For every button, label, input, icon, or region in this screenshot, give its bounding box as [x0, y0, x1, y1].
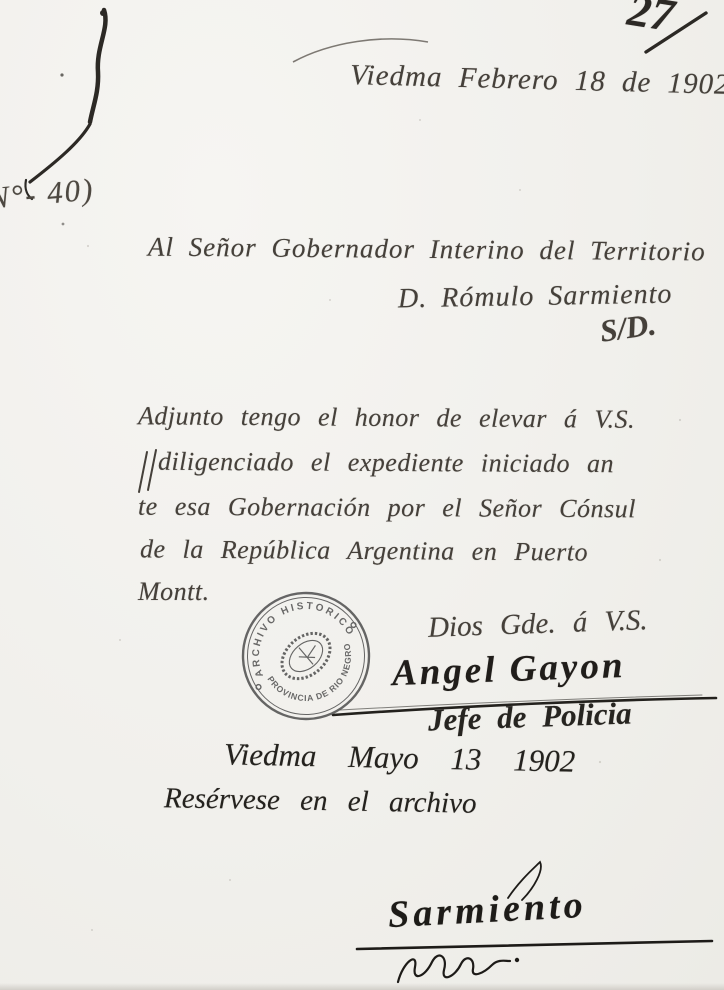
stamp-arc-bottom-text: PROVINCIA DE RIO NEGRO: [265, 640, 368, 718]
valediction: Dios Gde. á V.S.: [427, 604, 648, 645]
document-page: ARCHIVO HISTORICO PROVINCIA DE RIO NEGRO…: [0, 0, 724, 990]
recipient-line-1: Al Señor Gobernador Interino del Territo…: [148, 232, 706, 268]
stamp-center-emblem: [273, 624, 339, 688]
recipient-line-3: S/D.: [598, 306, 658, 349]
body-line-1: Adjunto tengo el honor de elevar á V.S.: [138, 401, 635, 434]
stamp-arc-top-text: ARCHIVO HISTORICO: [233, 583, 357, 679]
rubric-flourish: [398, 956, 519, 982]
margin-number: N°- 40): [0, 171, 96, 216]
svg-text:ARCHIVO HISTORICO: ARCHIVO HISTORICO: [233, 583, 357, 679]
stamp-separator-left: [255, 684, 261, 690]
body-line-4: de la República Argentina en Puerto: [140, 534, 588, 567]
annotation-instruction: Resérvese en el archivo: [164, 782, 477, 820]
signature-angel-gayon: Angel Gayon: [391, 644, 626, 695]
archive-stamp: ARCHIVO HISTORICO PROVINCIA DE RIO NEGRO: [214, 564, 399, 749]
signature-title: Jefe de Policia: [427, 695, 632, 738]
folio-number: 27: [624, 0, 678, 42]
letter-dateline: Viedma Febrero 18 de 1902: [350, 59, 724, 102]
signature-sarmiento: Sarmiento: [387, 883, 588, 937]
body-line-2: diligenciado el expediente iniciado an: [158, 447, 614, 479]
bottom-signature-underline: [357, 941, 712, 949]
svg-text:PROVINCIA DE RIO NEGRO: PROVINCIA DE RIO NEGRO: [265, 640, 368, 718]
body-line-3: te esa Gobernación por el Señor Cónsul: [138, 492, 636, 525]
stray-pen-mark: [139, 450, 156, 492]
annotation-dateline: Viedma Mayo 13 1902: [224, 736, 576, 779]
body-line-5: Montt.: [138, 577, 210, 607]
